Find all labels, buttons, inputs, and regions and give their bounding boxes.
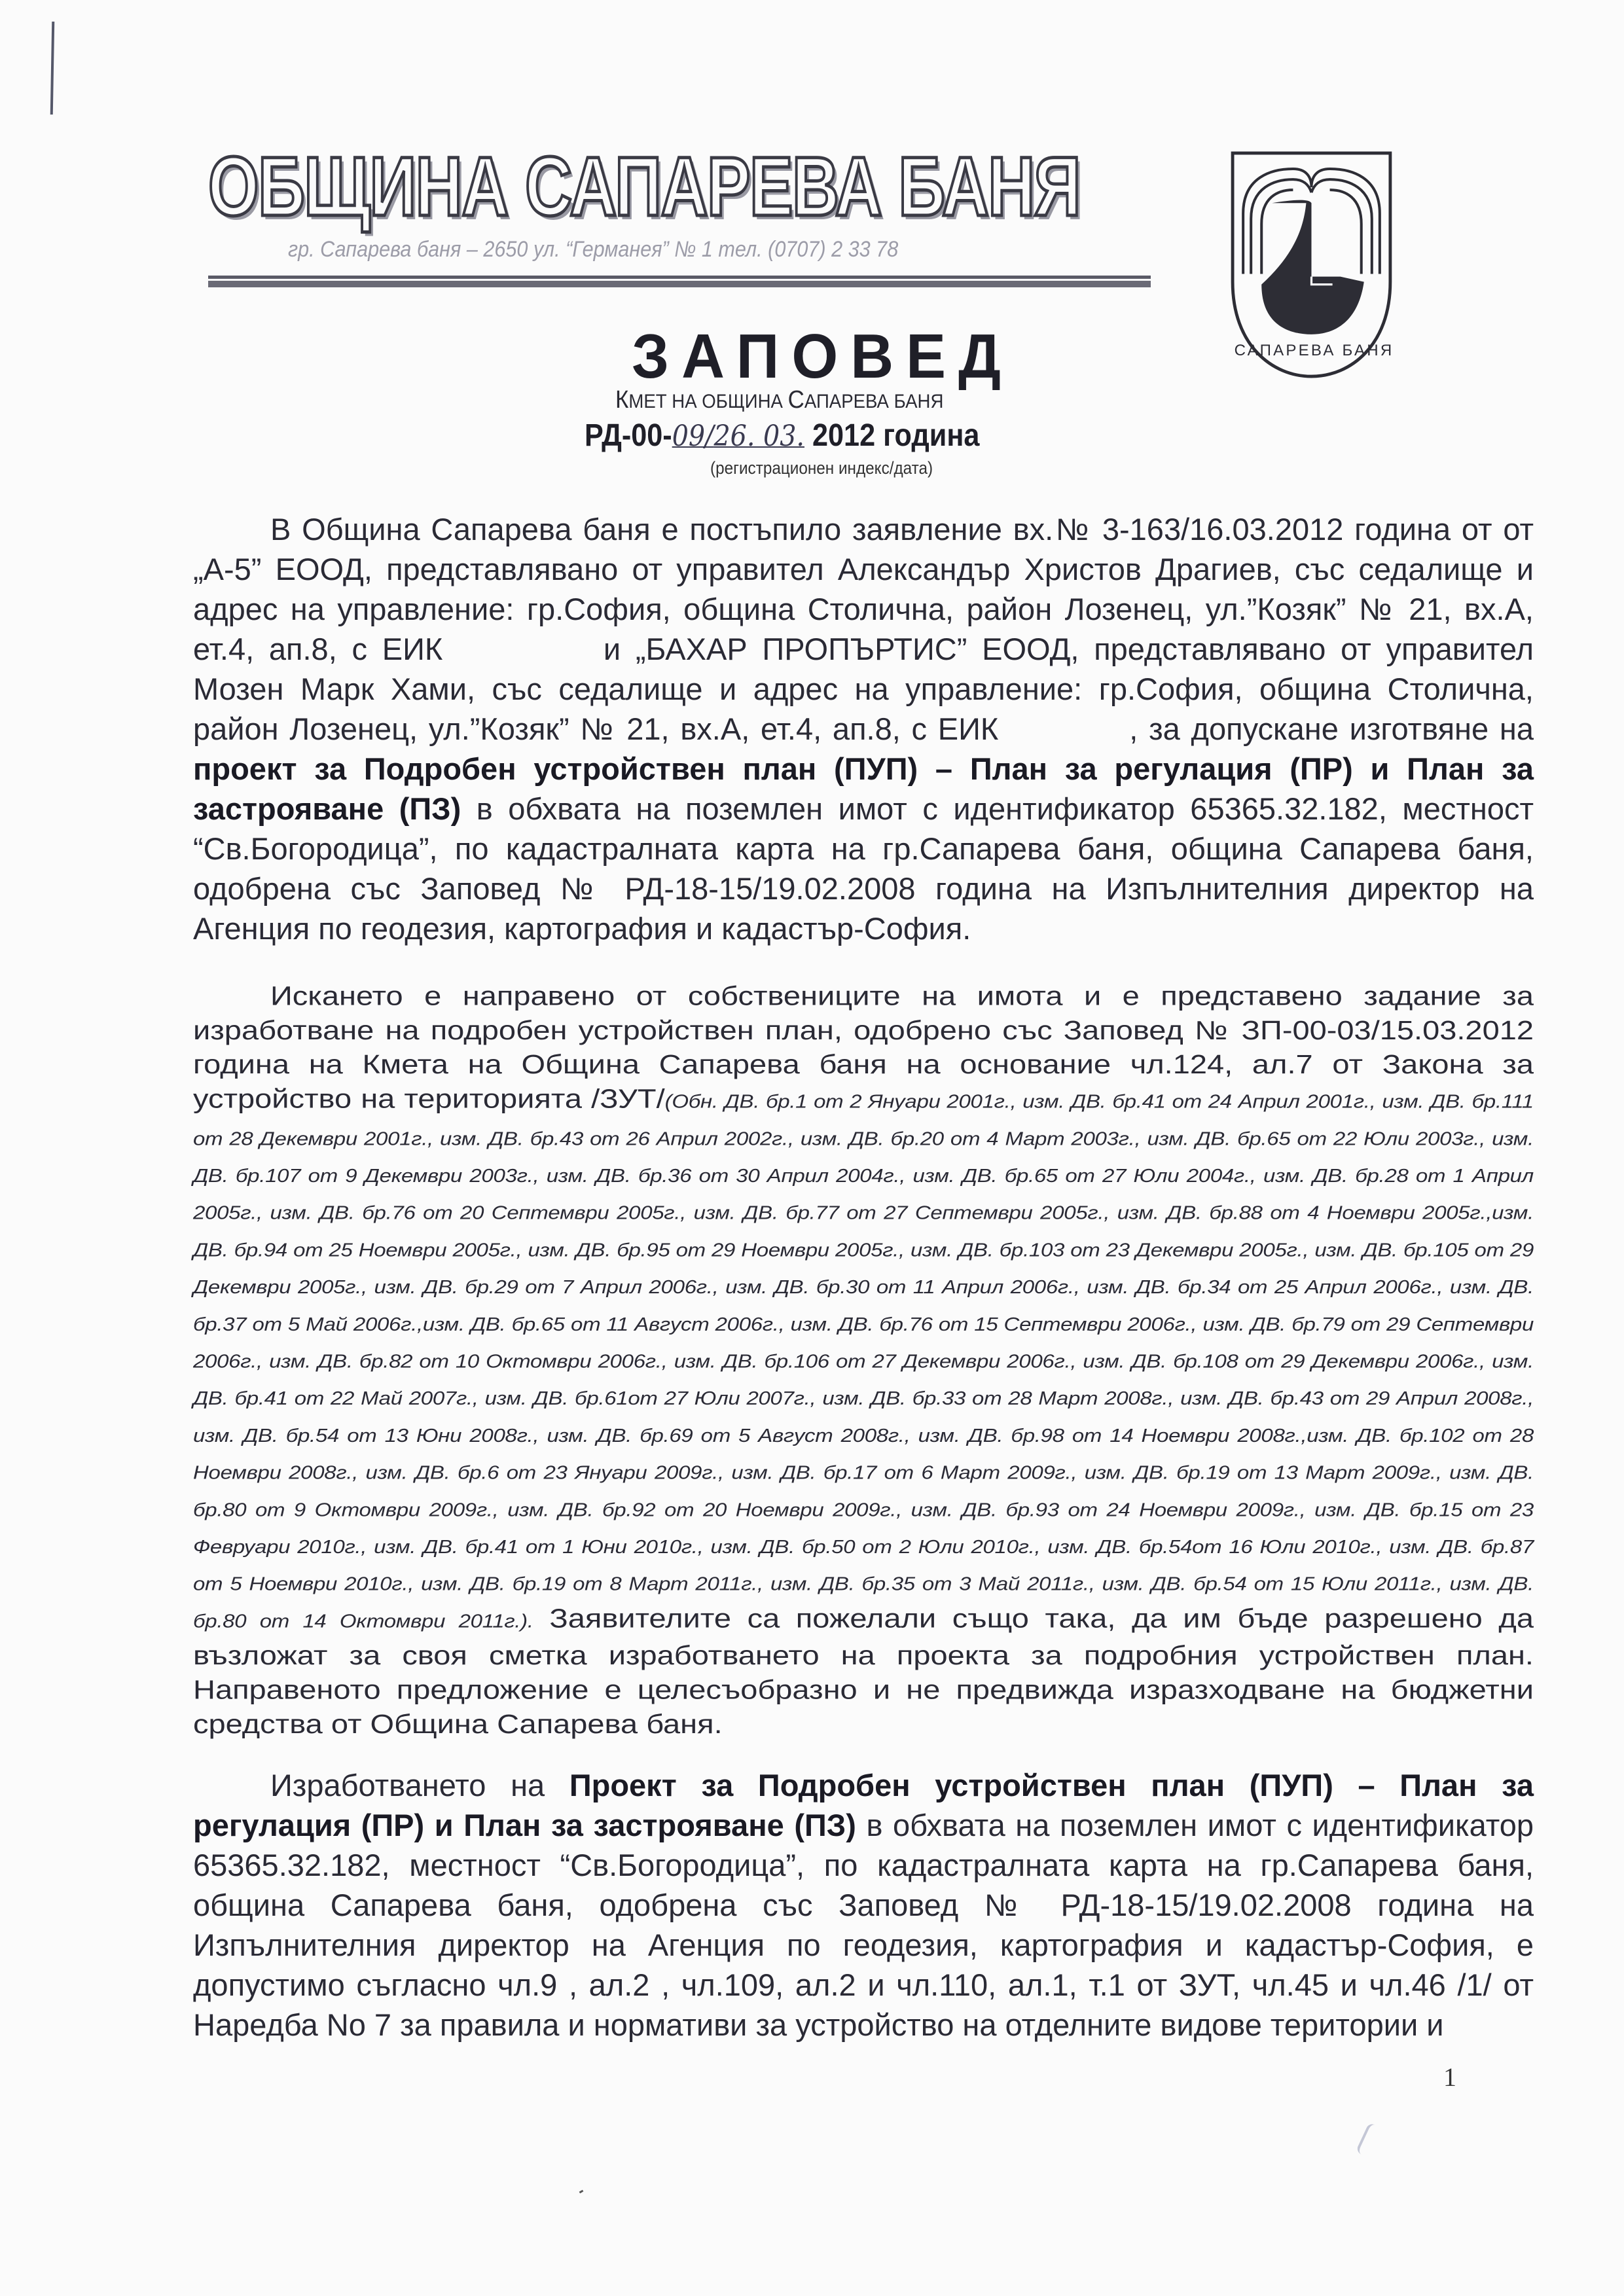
svg-text:САПАРЕВА БАНЯ: САПАРЕВА БАНЯ — [1235, 342, 1394, 359]
paragraph-permissibility: Изработването на Проект за Подробен устр… — [193, 1765, 1534, 2045]
binder-hole-mark — [50, 22, 54, 115]
order-registration-number: РД-00-09/26. 03. 2012 година — [585, 418, 979, 454]
coat-of-arms-icon: САПАРЕВА БАНЯ — [1214, 137, 1414, 389]
letterhead-rule-thick — [208, 281, 1151, 287]
registration-index-label: (регистрационен индекс/дата) — [710, 458, 933, 478]
paragraph-request: Искането е направено от собствениците на… — [193, 978, 1534, 1741]
pen-mark — [1356, 2122, 1384, 2158]
document-title: ЗАПОВЕД — [632, 321, 1013, 393]
law-amendments-list: (Обн. ДВ. бр.1 от 2 Януари 2001г., изм. … — [193, 1091, 1534, 1632]
page-number: 1 — [1443, 2062, 1456, 2092]
handwritten-number: 09 — [672, 420, 705, 453]
issuer-line: КМЕТ НА ОБЩИНА САПАРЕВА БАНЯ — [615, 386, 943, 414]
handwritten-date: 26. 03. — [713, 420, 804, 453]
letterhead-rule-thin — [208, 276, 1151, 279]
paragraph-application: В Община Сапарева баня е постъпило заявл… — [193, 509, 1534, 948]
scan-speck — [579, 2190, 584, 2194]
letterhead-address: гр. Сапарева баня – 2650 ул. “Германея” … — [288, 237, 898, 262]
letterhead-municipality-name: ОБЩИНА САПАРЕВА БАНЯ — [208, 139, 943, 230]
